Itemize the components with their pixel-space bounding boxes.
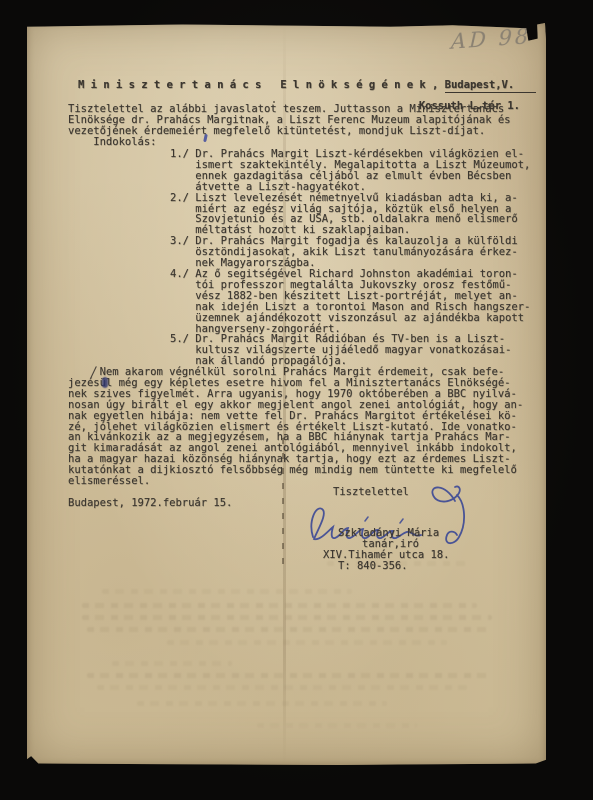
bleed-through-smudge <box>112 661 232 666</box>
dust-speck <box>289 265 291 267</box>
bleed-through-smudge <box>87 627 487 632</box>
closing-paragraph: Nem akarom végnélkül sorolni Prahács Mar… <box>68 367 523 487</box>
bleed-through-smudge <box>97 685 467 690</box>
bleed-through-smudge <box>137 701 387 706</box>
signer-phone: T: 840-356. <box>338 560 408 572</box>
date-line: Budapest, 1972.február 15. <box>68 497 232 509</box>
letter-page: AD 98 M i n i s z t e r t a n á c s E l … <box>27 23 546 765</box>
recipient-name: M i n i s z t e r t a n á c s E l n ö k … <box>78 79 445 91</box>
bleed-through-smudge <box>87 673 487 678</box>
recipient-line: M i n i s z t e r t a n á c s E l n ö k … <box>78 79 536 91</box>
opening-paragraph: Tisztelettel az alábbi javaslatot teszem… <box>68 104 511 148</box>
reason-item-4: 4./ Az ő segitségével Richard Johnston a… <box>170 269 530 334</box>
bleed-through-smudge <box>167 640 447 645</box>
reason-list: 1./ Dr. Prahács Margit Liszt-kérdésekben… <box>170 149 530 367</box>
bleed-through-smudge <box>257 723 417 728</box>
bleed-through-smudge <box>82 603 477 608</box>
reason-item-1: 1./ Dr. Prahács Margit Liszt-kérdésekben… <box>170 149 530 193</box>
reason-item-2: 2./ Liszt levelezését németnyelvű kiadás… <box>170 193 530 237</box>
reason-item-5: 5./ Dr. Prahács Margit Rádióban és TV-be… <box>170 334 530 367</box>
bleed-through-smudge <box>102 589 352 594</box>
dust-speck <box>273 101 275 103</box>
bleed-through-smudge <box>82 615 492 620</box>
ink-blot <box>102 377 108 388</box>
archive-code-pencil: AD 98 <box>451 24 532 54</box>
scan-background: AD 98 M i n i s z t e r t a n á c s E l … <box>0 0 593 800</box>
reason-item-3: 3./ Dr. Prahács Margit fogadja és kalauz… <box>170 236 530 269</box>
recipient-city-underlined: Budapest,V. <box>445 79 537 93</box>
